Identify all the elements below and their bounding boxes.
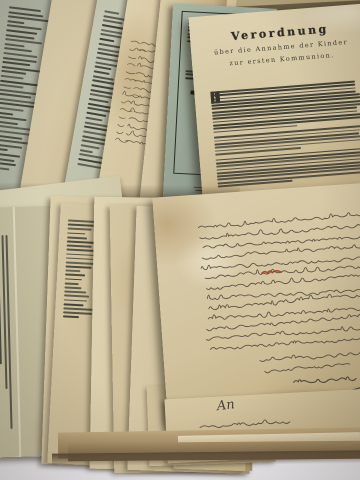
handwritten-letter <box>152 183 360 423</box>
stack-cast-shadow <box>52 450 360 466</box>
fold-crease <box>13 207 22 457</box>
body-paragraph-1 <box>210 80 360 133</box>
photo-of-old-documents: Verordnung über die Annahme der Kinder z… <box>0 0 360 480</box>
pamphlet-title-block: Verordnung über die Annahme der Kinder z… <box>190 19 360 70</box>
letter-handwriting <box>152 183 360 423</box>
sideways-print-column <box>0 235 13 432</box>
